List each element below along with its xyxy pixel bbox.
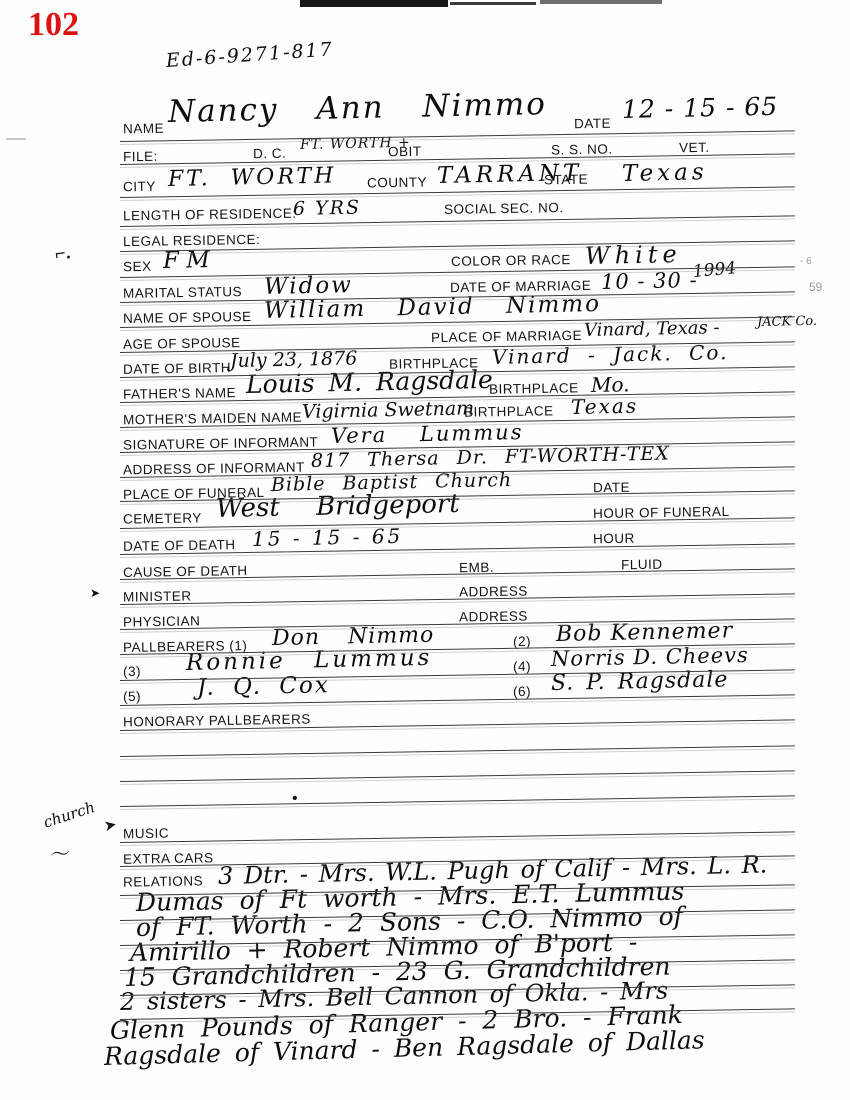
field-label-file: FILE: (123, 149, 158, 165)
field-label-city: CITY (123, 179, 156, 195)
pen-dot: • (292, 790, 298, 808)
field-label-date: DATE (574, 116, 611, 132)
field-label-ssno: S. S. NO. (551, 142, 613, 158)
rule-line (120, 831, 795, 843)
field-label-marital: MARITAL STATUS (123, 284, 242, 301)
field-value-date: 12 - 15 - 65 (622, 92, 779, 124)
scan-artifact (540, 0, 662, 4)
field-value-marriage-date: 10 - 30 - (601, 268, 698, 294)
field-label-music: MUSIC (123, 826, 169, 842)
field-label-spouse: NAME OF SPOUSE (123, 309, 252, 326)
scan-artifact (300, 0, 448, 7)
field-value-marriage-place: Vinard, Texas - (584, 317, 720, 341)
field-value-city: FT. WORTH (168, 163, 337, 192)
field-label-cemetery: CEMETERY (123, 510, 202, 526)
field-label-pallbearer-4: (4) (513, 659, 531, 674)
field-label-dob: DATE OF BIRTH (123, 360, 231, 377)
margin-note: - 6 (800, 256, 812, 267)
field-label-mother-birthplace: BIRTHPLACE (464, 403, 554, 419)
field-value-dod: 15 - 15 - 65 (252, 524, 404, 551)
field-value-state: Texas (622, 159, 708, 187)
top-handwritten-note: Ed-6-9271-817 (165, 38, 334, 72)
field-label-name: NAME (123, 121, 164, 137)
field-label-county: COUNTY (367, 175, 427, 191)
margin-note-church: church (41, 798, 97, 831)
field-label-hour: HOUR (593, 531, 635, 547)
field-value-father: Louis M. Ragsdale (246, 365, 493, 399)
rule-line (120, 593, 795, 605)
field-label-social: SOCIAL SEC. NO. (444, 200, 564, 217)
pen-arrow: ➤ (102, 815, 118, 835)
field-label-residence: LENGTH OF RESIDENCE: (123, 206, 297, 224)
field-label-pallbearer-3: (3) (123, 664, 141, 679)
pen-arrow: ➤ (90, 586, 100, 600)
field-label-race: COLOR OR RACE (451, 252, 571, 269)
field-label-sex: SEX (123, 259, 152, 274)
page-number: 102 (28, 6, 79, 44)
field-value-name: Nancy Ann Nimmo (168, 86, 548, 130)
field-label-dc: D. C. (253, 146, 286, 162)
field-label-state: STATE (544, 172, 588, 188)
pen-mark: ⌐. (54, 242, 72, 265)
field-value-mother: Vigirnia Swetnam (302, 397, 475, 423)
field-label-vet: VET. (679, 140, 710, 155)
field-value-mother-birthplace: Texas (571, 394, 639, 419)
field-value-residence: 6 YRS (293, 197, 361, 220)
pen-squiggle: 〜 (48, 837, 72, 869)
field-label-obit: OBIT (388, 144, 422, 160)
field-value-marriage-year: 1994 (692, 258, 737, 282)
margin-note: 59 (809, 280, 822, 294)
scan-artifact (450, 2, 536, 5)
field-value-cemetery: West Bridgeport (216, 489, 460, 524)
field-label-pallbearer-5: (5) (123, 689, 141, 704)
field-label-pallbearer-6: (6) (513, 684, 531, 699)
scan-artifact (6, 138, 26, 140)
rule-line (120, 795, 795, 807)
rule-line (120, 770, 795, 782)
field-label-father: FATHER'S NAME (123, 385, 236, 402)
rule-line (120, 745, 795, 757)
field-label-dod: DATE OF DEATH (123, 537, 236, 554)
scanned-funeral-record: 102 Ed-6-9271-817 NAME Nancy Ann Nimmo D… (0, 0, 850, 1100)
